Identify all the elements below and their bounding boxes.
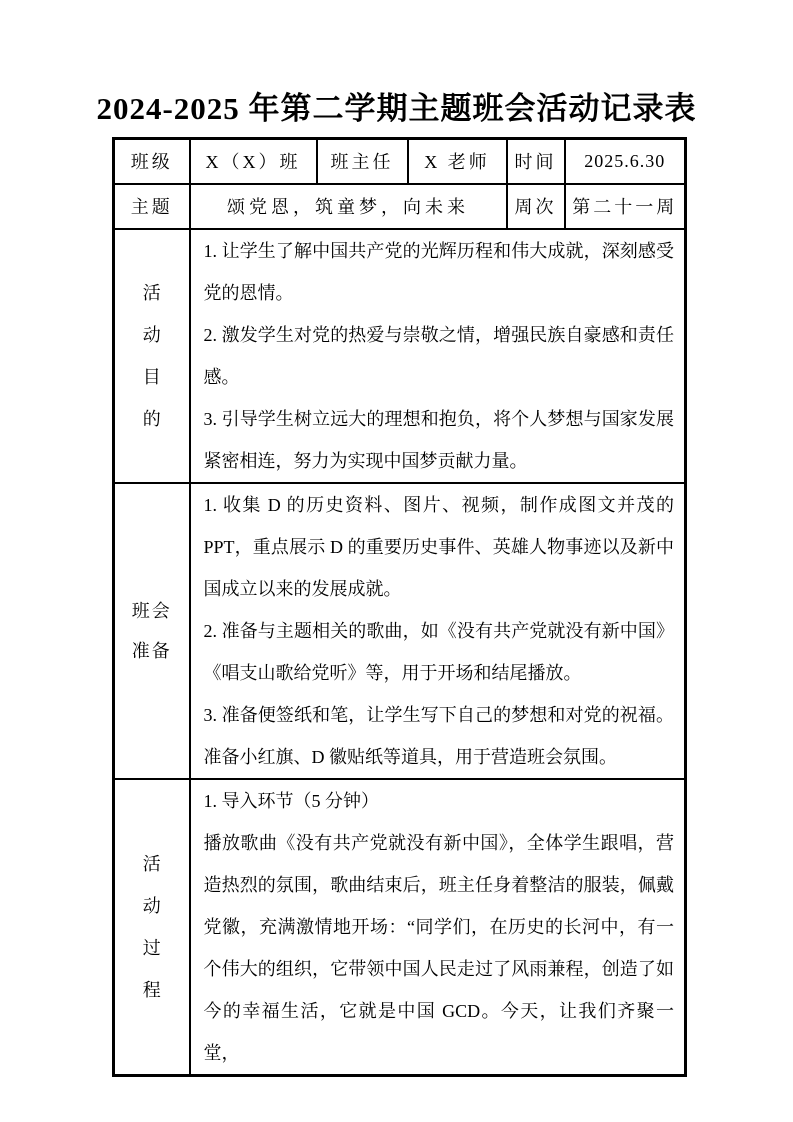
vertical-label-char: 目 [143, 368, 161, 386]
vertical-label-char: 动 [143, 897, 161, 915]
process-paragraph: 1. 导入环节（5 分钟） [204, 780, 675, 822]
process-paragraph: 播放歌曲《没有共产党就没有新中国》，全体学生跟唱，营造热烈的氛围，歌曲结束后，班… [204, 822, 675, 1074]
vertical-label-char: 的 [143, 410, 161, 428]
vertical-label-char: 动 [143, 326, 161, 344]
page-title: 2024-2025 年第二学期主题班会活动记录表 [0, 88, 793, 130]
section-process-label: 活 动 过 程 [114, 779, 190, 1076]
record-table: 班级 X（X）班 班主任 X 老师 时间 2025.6.30 主题 颂党恩，筑童… [112, 137, 687, 1077]
vertical-label-line: 准备 [132, 642, 172, 660]
vertical-label-process: 活 动 过 程 [115, 855, 189, 999]
section-preparation-content: 1. 收集 D 的历史资料、图片、视频，制作成图文并茂的 PPT，重点展示 D … [190, 483, 686, 779]
section-process-content: 1. 导入环节（5 分钟） 播放歌曲《没有共产党就没有新中国》，全体学生跟唱，营… [190, 779, 686, 1076]
vertical-label-char: 程 [143, 981, 161, 999]
topic-value-cell: 颂党恩，筑童梦，向未来 [190, 184, 507, 229]
preparation-paragraph: 2. 准备与主题相关的歌曲，如《没有共产党就没有新中国》《唱支山歌给党听》等，用… [204, 610, 675, 694]
teacher-value-cell: X 老师 [408, 139, 507, 184]
time-label-cell: 时间 [507, 139, 565, 184]
table-row-header-2: 主题 颂党恩，筑童梦，向未来 周次 第二十一周 [114, 184, 686, 229]
preparation-paragraph: 1. 收集 D 的历史资料、图片、视频，制作成图文并茂的 PPT，重点展示 D … [204, 484, 675, 610]
table-row-header-1: 班级 X（X）班 班主任 X 老师 时间 2025.6.30 [114, 139, 686, 184]
objective-paragraph: 3. 引导学生树立远大的理想和抱负，将个人梦想与国家发展紧密相连，努力为实现中国… [204, 398, 675, 482]
topic-label-cell: 主题 [114, 184, 190, 229]
vertical-label-char: 活 [143, 855, 161, 873]
table-row-process: 活 动 过 程 1. 导入环节（5 分钟） 播放歌曲《没有共产党就没有新中国》，… [114, 779, 686, 1076]
class-label-cell: 班级 [114, 139, 190, 184]
vertical-label-line: 班会 [132, 602, 172, 620]
week-label-cell: 周次 [507, 184, 565, 229]
vertical-label-objectives: 活 动 目 的 [115, 284, 189, 428]
preparation-paragraph: 3. 准备便签纸和笔，让学生写下自己的梦想和对党的祝福。准备小红旗、D 徽贴纸等… [204, 694, 675, 778]
document-page: { "page": { "title": "2024-2025 年第二学期主题班… [0, 0, 793, 1122]
class-value-cell: X（X）班 [190, 139, 317, 184]
vertical-label-preparation: 班会 准备 [115, 602, 189, 660]
time-value-cell: 2025.6.30 [565, 139, 686, 184]
teacher-label-cell: 班主任 [317, 139, 408, 184]
vertical-label-char: 过 [143, 939, 161, 957]
section-objectives-label: 活 动 目 的 [114, 229, 190, 483]
vertical-label-char: 活 [143, 284, 161, 302]
week-value-cell: 第二十一周 [565, 184, 686, 229]
table-row-preparation: 班会 准备 1. 收集 D 的历史资料、图片、视频，制作成图文并茂的 PPT，重… [114, 483, 686, 779]
objective-paragraph: 2. 激发学生对党的热爱与崇敬之情，增强民族自豪感和责任感。 [204, 314, 675, 398]
section-preparation-label: 班会 准备 [114, 483, 190, 779]
section-objectives-content: 1. 让学生了解中国共产党的光辉历程和伟大成就，深刻感受党的恩情。 2. 激发学… [190, 229, 686, 483]
objective-paragraph: 1. 让学生了解中国共产党的光辉历程和伟大成就，深刻感受党的恩情。 [204, 230, 675, 314]
table-row-objectives: 活 动 目 的 1. 让学生了解中国共产党的光辉历程和伟大成就，深刻感受党的恩情… [114, 229, 686, 483]
